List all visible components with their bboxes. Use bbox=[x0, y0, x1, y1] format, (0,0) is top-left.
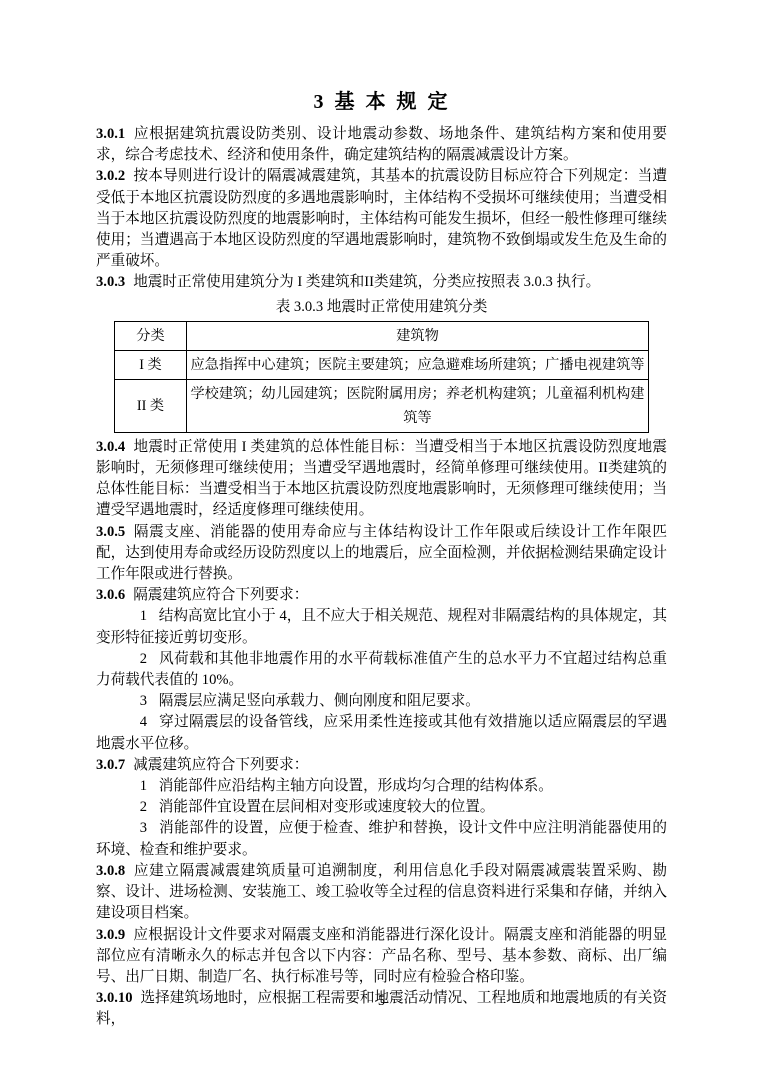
item-number: 3 bbox=[140, 693, 147, 709]
page-number: 5 bbox=[378, 993, 385, 1009]
table-caption: 表 3.0.3 地震时正常使用建筑分类 bbox=[96, 297, 667, 318]
clause-text: 应根据建筑抗震设防类别、设计地震动参数、场地条件、建筑结构方案和使用要求，综合考… bbox=[96, 126, 667, 163]
table-cell: II 类 bbox=[115, 379, 187, 432]
clause-text: 地震时正常使用建筑分为 I 类建筑和II类建筑，分类应按照表 3.0.3 执行。 bbox=[133, 274, 600, 290]
list-item-1: 1消能部件应沿结构主轴方向设置，形成均匀合理的结构体系。 bbox=[96, 776, 667, 797]
clause-text: 地震时正常使用 I 类建筑的总体性能目标：当遭受相当于本地区抗震设防烈度地震影响… bbox=[96, 439, 667, 519]
item-number: 1 bbox=[140, 778, 147, 794]
clause-text: 减震建筑应符合下列要求： bbox=[133, 757, 308, 773]
page-title: 3 基 本 规 定 bbox=[0, 0, 763, 116]
clause-text: 按本导则进行设计的隔震减震建筑，其基本的抗震设防目标应符合下列规定：当遭受低于本… bbox=[96, 168, 667, 269]
table-cell: 应急指挥中心建筑；医院主要建筑；应急避难场所建筑；广播电视建筑等 bbox=[187, 350, 649, 379]
item-number: 1 bbox=[140, 608, 147, 624]
clause-3-0-9: 3.0.9应根据设计文件要求对隔震支座和消能器进行深化设计。隔震支座和消能器的明… bbox=[96, 925, 667, 989]
clause-number: 3.0.8 bbox=[96, 863, 125, 879]
list-item-2: 2风荷载和其他非地震作用的水平荷载标准值产生的总水平力不宜超过结构总重力荷载代表… bbox=[96, 649, 667, 691]
table-cell: 学校建筑；幼儿园建筑；医院附属用房；养老机构建筑；儿童福利机构建筑等 bbox=[187, 379, 649, 432]
clause-number: 3.0.1 bbox=[96, 126, 125, 142]
table-cell: I 类 bbox=[115, 350, 187, 379]
item-number: 3 bbox=[140, 820, 147, 836]
clause-number: 3.0.6 bbox=[96, 587, 125, 603]
item-text: 消能部件应沿结构主轴方向设置，形成均匀合理的结构体系。 bbox=[159, 778, 553, 794]
list-item-3: 3消能部件的设置，应便于检查、维护和替换，设计文件中应注明消能器使用的环境、检查… bbox=[96, 818, 667, 860]
clause-3-0-4: 3.0.4地震时正常使用 I 类建筑的总体性能目标：当遭受相当于本地区抗震设防烈… bbox=[96, 437, 667, 522]
clause-text: 隔震建筑应符合下列要求： bbox=[133, 587, 308, 603]
document-body: 3.0.1应根据建筑抗震设防类别、设计地震动参数、场地条件、建筑结构方案和使用要… bbox=[0, 116, 763, 1031]
clause-number: 3.0.4 bbox=[96, 439, 125, 455]
clause-number: 3.0.9 bbox=[96, 927, 125, 943]
clause-3-0-8: 3.0.8应建立隔震减震建筑质量可追溯制度，利用信息化手段对隔震减震装置采购、勘… bbox=[96, 861, 667, 925]
clause-number: 3.0.2 bbox=[96, 168, 125, 184]
building-classification-table: 分类建筑物I 类应急指挥中心建筑；医院主要建筑；应急避难场所建筑；广播电视建筑等… bbox=[114, 321, 649, 433]
clause-3-0-6: 3.0.6隔震建筑应符合下列要求： bbox=[96, 585, 667, 606]
item-text: 穿过隔震层的设备管线，应采用柔性连接或其他有效措施以适应隔震层的罕遇地震水平位移… bbox=[96, 714, 667, 751]
clause-text: 应根据设计文件要求对隔震支座和消能器进行深化设计。隔震支座和消能器的明显部位应有… bbox=[96, 927, 667, 985]
item-text: 消能部件宜设置在层间相对变形或速度较大的位置。 bbox=[159, 799, 495, 815]
page-footer: 5 bbox=[0, 993, 763, 1010]
item-number: 2 bbox=[140, 799, 147, 815]
clause-3-0-5: 3.0.5隔震支座、消能器的使用寿命应与主体结构设计工作年限或后续设计工作年限匹… bbox=[96, 522, 667, 586]
table-header-cell: 分类 bbox=[115, 321, 187, 350]
item-number: 4 bbox=[140, 714, 147, 730]
clause-number: 3.0.7 bbox=[96, 757, 125, 773]
table-header-cell: 建筑物 bbox=[187, 321, 649, 350]
list-item-3: 3隔震层应满足竖向承载力、侧向刚度和阻尼要求。 bbox=[96, 691, 667, 712]
clause-number: 3.0.5 bbox=[96, 524, 125, 540]
item-text: 隔震层应满足竖向承载力、侧向刚度和阻尼要求。 bbox=[159, 693, 480, 709]
list-item-2: 2消能部件宜设置在层间相对变形或速度较大的位置。 bbox=[96, 797, 667, 818]
table-header-row: 分类建筑物 bbox=[115, 321, 649, 350]
table-row: II 类学校建筑；幼儿园建筑；医院附属用房；养老机构建筑；儿童福利机构建筑等 bbox=[115, 379, 649, 432]
clause-text: 隔震支座、消能器的使用寿命应与主体结构设计工作年限或后续设计工作年限匹配，达到使… bbox=[96, 524, 667, 582]
clause-3-0-1: 3.0.1应根据建筑抗震设防类别、设计地震动参数、场地条件、建筑结构方案和使用要… bbox=[96, 124, 667, 166]
clause-3-0-2: 3.0.2按本导则进行设计的隔震减震建筑，其基本的抗震设防目标应符合下列规定：当… bbox=[96, 166, 667, 272]
clause-3-0-3: 3.0.3地震时正常使用建筑分为 I 类建筑和II类建筑，分类应按照表 3.0.… bbox=[96, 272, 667, 293]
table-row: I 类应急指挥中心建筑；医院主要建筑；应急避难场所建筑；广播电视建筑等 bbox=[115, 350, 649, 379]
clause-text: 应建立隔震减震建筑质量可追溯制度，利用信息化手段对隔震减震装置采购、勘察、设计、… bbox=[96, 863, 667, 921]
clause-number: 3.0.3 bbox=[96, 274, 125, 290]
item-text: 结构高宽比宜小于 4，且不应大于相关规范、规程对非隔震结构的具体规定，其变形特征… bbox=[96, 608, 667, 645]
item-text: 风荷载和其他非地震作用的水平荷载标准值产生的总水平力不宜超过结构总重力荷载代表值… bbox=[96, 651, 667, 688]
document-page: 3 基 本 规 定 3.0.1应根据建筑抗震设防类别、设计地震动参数、场地条件、… bbox=[0, 0, 763, 1080]
clause-3-0-7: 3.0.7减震建筑应符合下列要求： bbox=[96, 755, 667, 776]
list-item-1: 1结构高宽比宜小于 4，且不应大于相关规范、规程对非隔震结构的具体规定，其变形特… bbox=[96, 606, 667, 648]
item-text: 消能部件的设置，应便于检查、维护和替换，设计文件中应注明消能器使用的环境、检查和… bbox=[96, 820, 667, 857]
item-number: 2 bbox=[140, 651, 147, 667]
list-item-4: 4穿过隔震层的设备管线，应采用柔性连接或其他有效措施以适应隔震层的罕遇地震水平位… bbox=[96, 712, 667, 754]
